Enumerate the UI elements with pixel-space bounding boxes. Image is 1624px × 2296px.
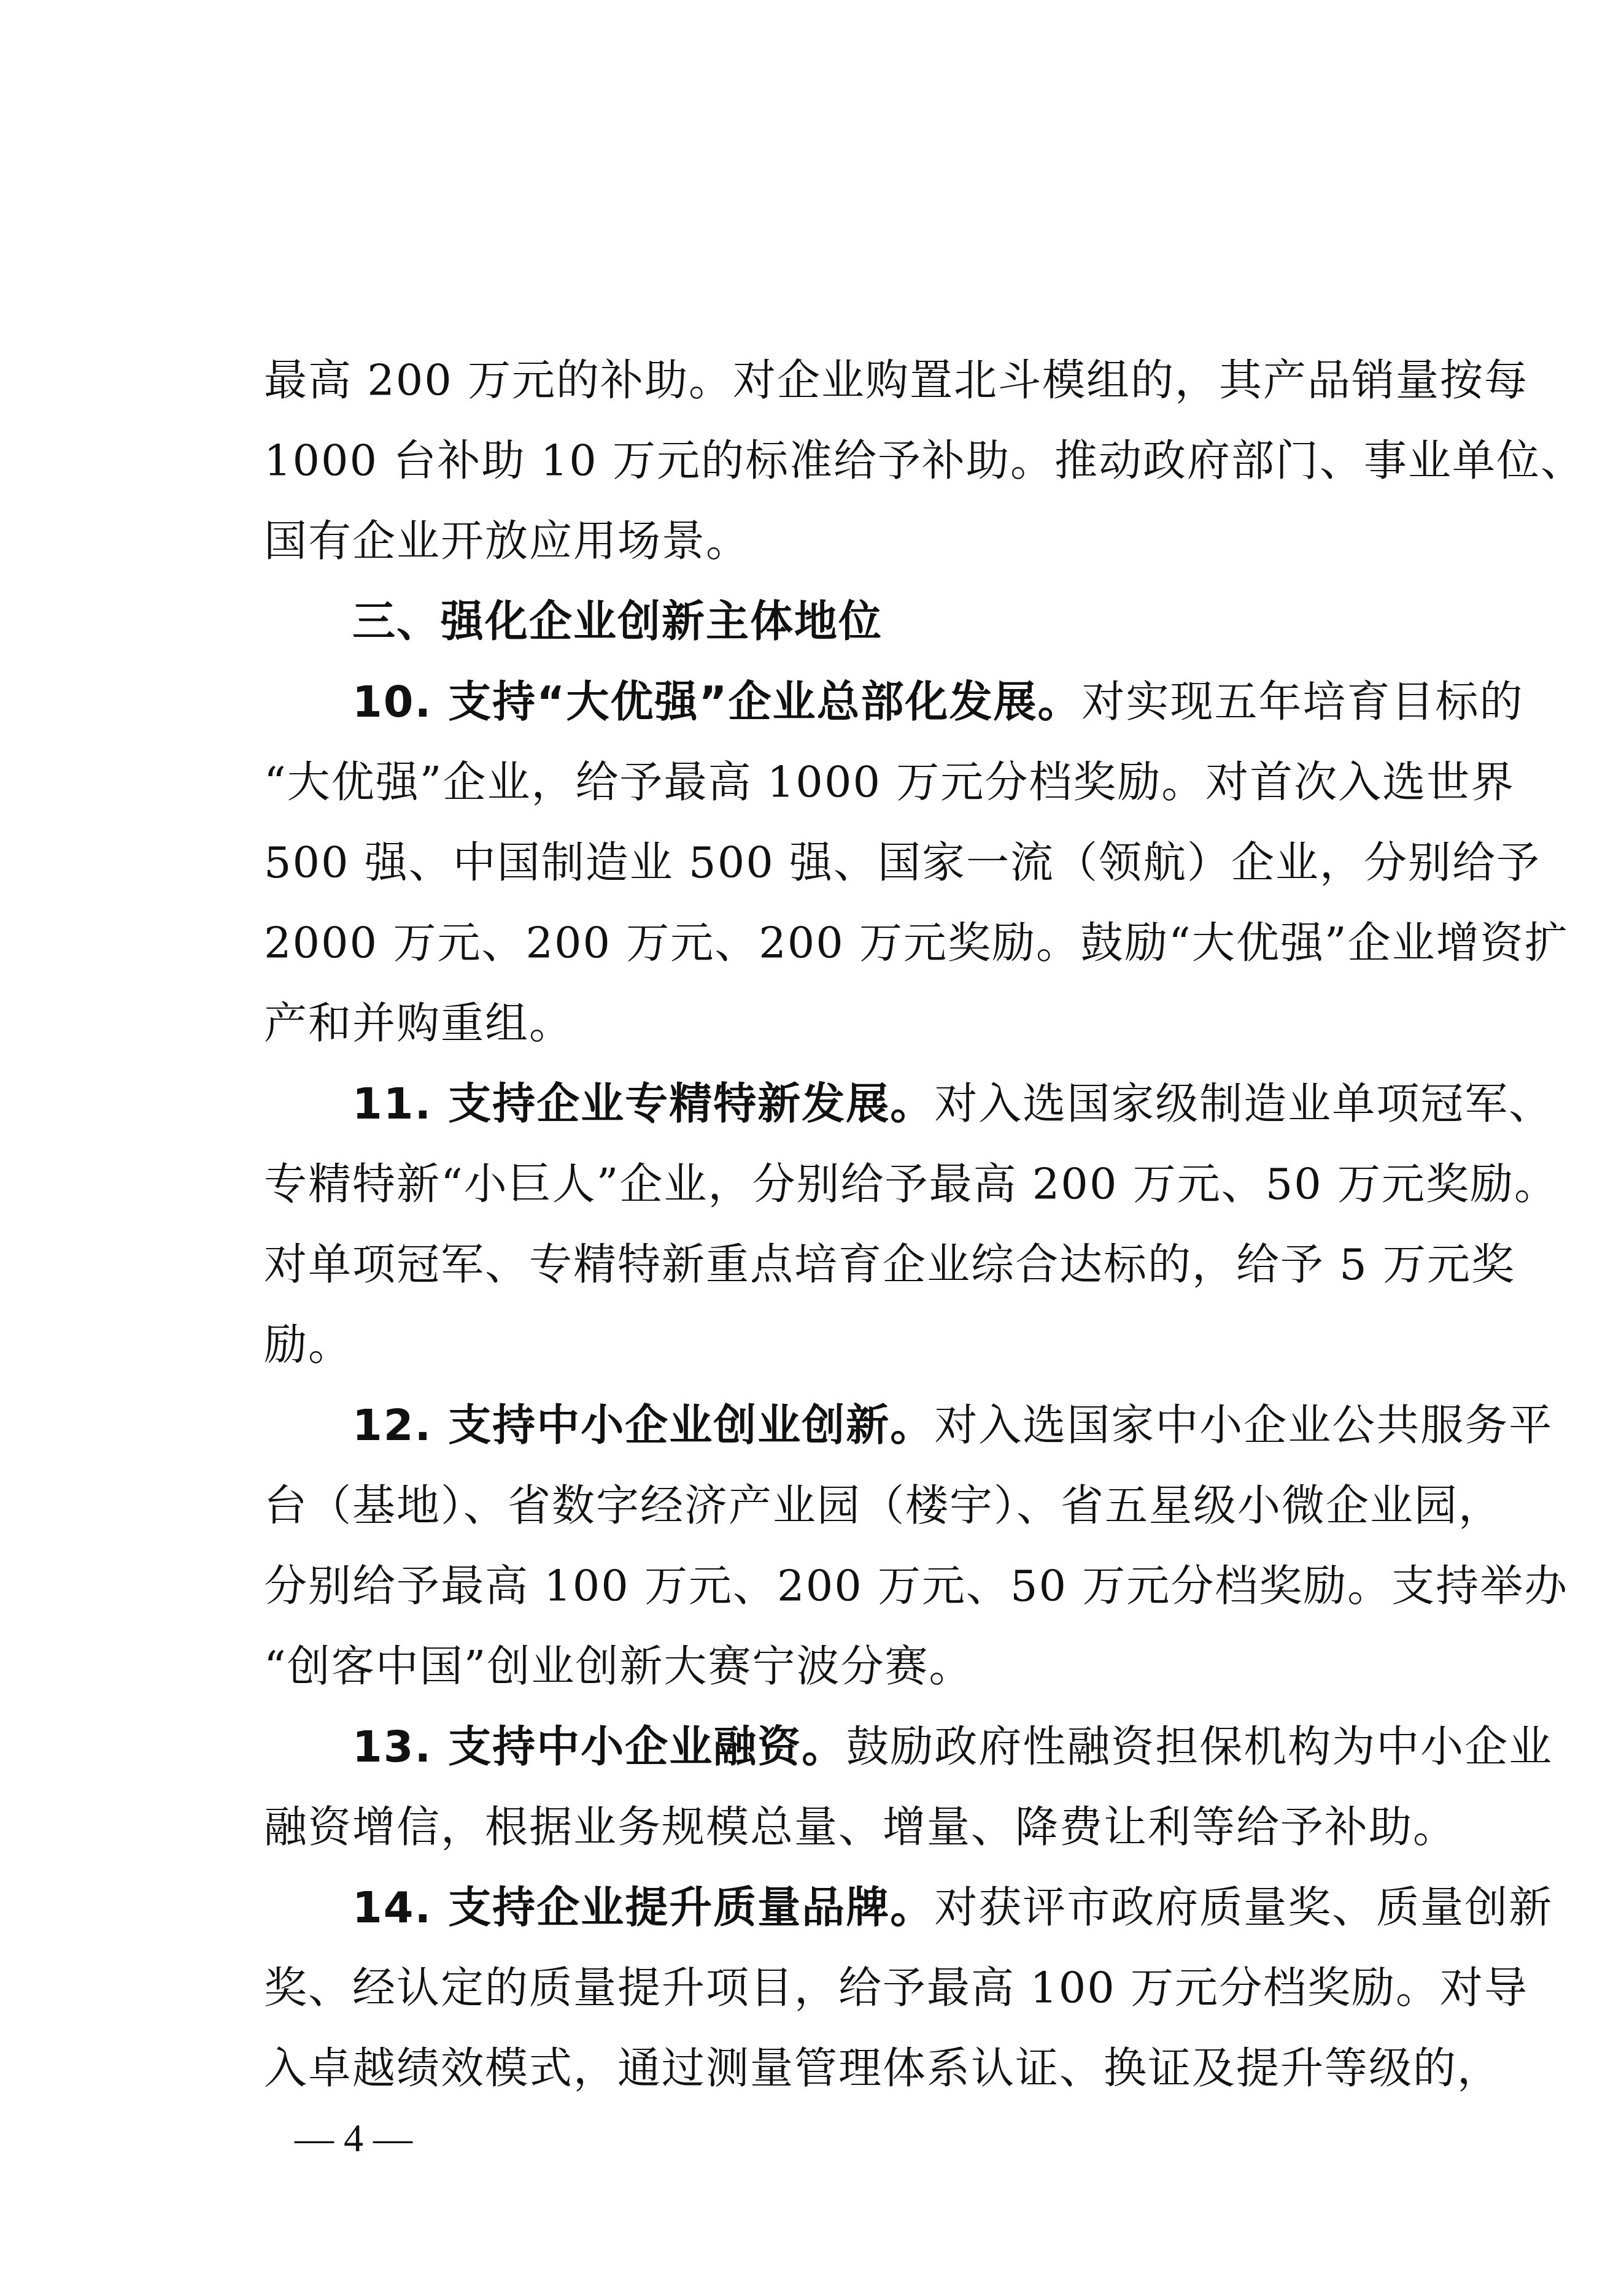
paragraph-line: 专精特新“小巨人”企业，分别给予最高 200 万元、50 万元奖励。 bbox=[264, 1154, 1467, 1215]
item-12-lead: 12. 支持中小企业创业创新。 bbox=[352, 1400, 934, 1450]
paragraph-line: 最高 200 万元的补助。对企业购置北斗模组的，其产品销量按每 bbox=[264, 350, 1467, 411]
item-11-lead: 11. 支持企业专精特新发展。 bbox=[352, 1079, 934, 1129]
document-page: 最高 200 万元的补助。对企业购置北斗模组的，其产品销量按每 1000 台补助… bbox=[0, 0, 1624, 2296]
paragraph-line: 分别给予最高 100 万元、200 万元、50 万元分档奖励。支持举办 bbox=[264, 1555, 1467, 1617]
item-11-first-line-rest: 对入选国家级制造业单项冠军、 bbox=[934, 1079, 1553, 1129]
item-13-lead: 13. 支持中小企业融资。 bbox=[352, 1722, 846, 1772]
item-11-first-line: 11. 支持企业专精特新发展。对入选国家级制造业单项冠军、 bbox=[352, 1073, 1467, 1135]
paragraph-line: 奖、经认定的质量提升项目，给予最高 100 万元分档奖励。对导 bbox=[264, 1957, 1467, 2019]
section-heading: 三、强化企业创新主体地位 bbox=[352, 591, 883, 652]
item-10-first-line-rest: 对实现五年培育目标的 bbox=[1081, 677, 1523, 727]
page-number: — 4 — bbox=[295, 2111, 412, 2166]
paragraph-line: “大优强”企业，给予最高 1000 万元分档奖励。对首次入选世界 bbox=[264, 752, 1467, 813]
item-14-first-line: 14. 支持企业提升质量品牌。对获评市政府质量奖、质量创新 bbox=[352, 1877, 1467, 1938]
paragraph-line: “创客中国”创业创新大赛宁波分赛。 bbox=[264, 1636, 1467, 1697]
item-13-first-line-rest: 鼓励政府性融资担保机构为中小企业 bbox=[846, 1722, 1553, 1772]
paragraph-line: 国有企业开放应用场景。 bbox=[264, 510, 1467, 572]
paragraph-line: 产和并购重组。 bbox=[264, 993, 1467, 1054]
item-12-first-line: 12. 支持中小企业创业创新。对入选国家中小企业公共服务平 bbox=[352, 1395, 1467, 1456]
item-14-lead: 14. 支持企业提升质量品牌。 bbox=[352, 1882, 934, 1933]
paragraph-line: 500 强、中国制造业 500 强、国家一流（领航）企业，分别给予 bbox=[264, 832, 1467, 893]
item-12-first-line-rest: 对入选国家中小企业公共服务平 bbox=[934, 1400, 1553, 1450]
item-10-lead: 10. 支持“大优强”企业总部化发展。 bbox=[352, 677, 1081, 727]
paragraph-line: 台（基地）、省数字经济产业园（楼宇）、省五星级小微企业园， bbox=[264, 1475, 1467, 1536]
paragraph-line: 入卓越绩效模式，通过测量管理体系认证、换证及提升等级的， bbox=[264, 2038, 1467, 2099]
paragraph-line: 励。 bbox=[264, 1314, 1467, 1376]
paragraph-line: 融资增信，根据业务规模总量、增量、降费让利等给予补助。 bbox=[264, 1797, 1467, 1858]
paragraph-line: 1000 台补助 10 万元的标准给予补助。推动政府部门、事业单位、 bbox=[264, 430, 1467, 491]
item-13-first-line: 13. 支持中小企业融资。鼓励政府性融资担保机构为中小企业 bbox=[352, 1716, 1467, 1778]
item-10-first-line: 10. 支持“大优强”企业总部化发展。对实现五年培育目标的 bbox=[352, 671, 1467, 733]
item-14-first-line-rest: 对获评市政府质量奖、质量创新 bbox=[934, 1882, 1553, 1933]
paragraph-line: 对单项冠军、专精特新重点培育企业综合达标的，给予 5 万元奖 bbox=[264, 1234, 1467, 1295]
paragraph-line: 2000 万元、200 万元、200 万元奖励。鼓励“大优强”企业增资扩 bbox=[264, 912, 1467, 974]
